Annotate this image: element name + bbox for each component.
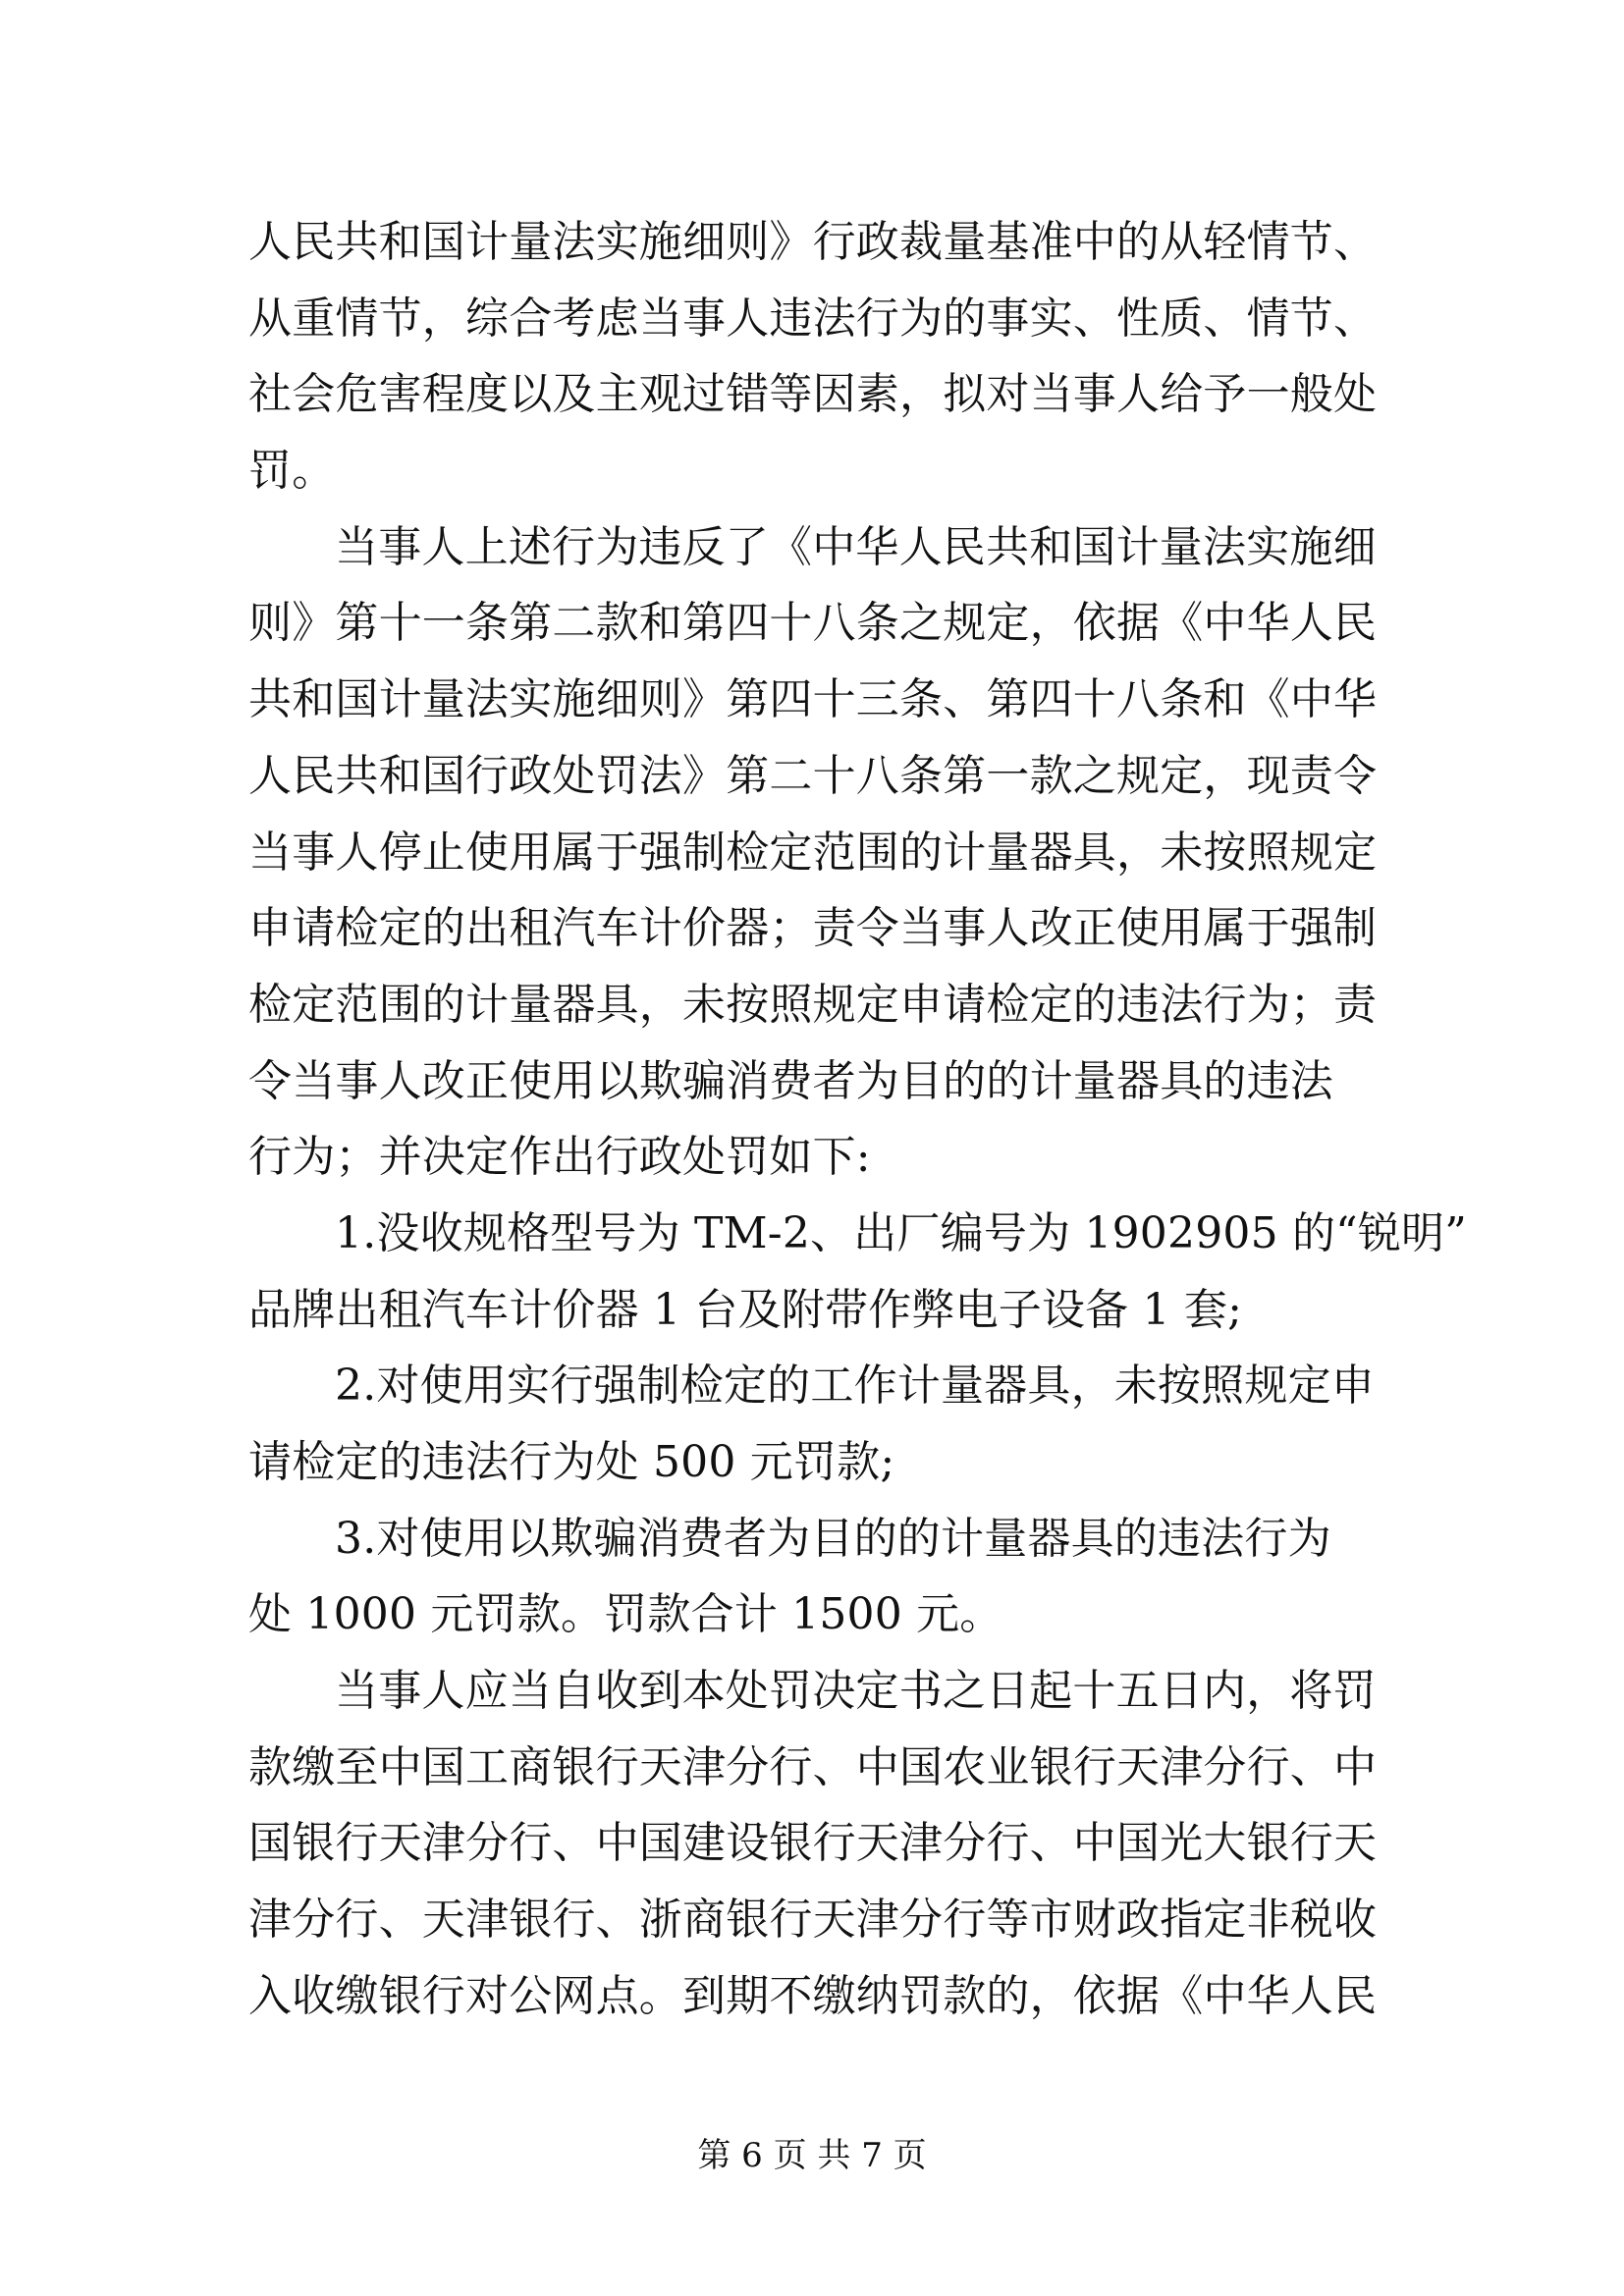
text-line: 人民共和国行政处罚法》第二十八条第一款之规定，现责令 xyxy=(248,738,1387,815)
penalty-item-2: 2.对使用实行强制检定的工作计量器具，未按照规定申 xyxy=(248,1348,1387,1424)
penalty-item-3: 3.对使用以欺骗消费者为目的的计量器具的违法行为 xyxy=(248,1501,1387,1577)
text-line: 当事人停止使用属于强制检定范围的计量器具，未按照规定 xyxy=(248,815,1387,891)
document-page: 人民共和国计量法实施细则》行政裁量基准中的从轻情节、 从重情节，综合考虑当事人违… xyxy=(0,0,1624,2296)
text-line: 检定范围的计量器具，未按照规定申请检定的违法行为；责 xyxy=(248,967,1387,1043)
text-line: 令当事人改正使用以欺骗消费者为目的的计量器具的违法 xyxy=(248,1043,1387,1120)
text-line: 入收缴银行对公网点。到期不缴纳罚款的，依据《中华人民 xyxy=(248,1958,1387,2035)
page-number: 第 6 页 共 7 页 xyxy=(0,2132,1624,2179)
text-line: 款缴至中国工商银行天津分行、中国农业银行天津分行、中 xyxy=(248,1730,1387,1806)
text-line: 品牌出租汽车计价器 1 台及附带作弊电子设备 1 套; xyxy=(248,1272,1387,1349)
text-line: 从重情节，综合考虑当事人违法行为的事实、性质、情节、 xyxy=(248,281,1387,357)
penalty-item-1: 1.没收规格型号为 TM-2、出厂编号为 1902905 的“锐明” xyxy=(248,1196,1387,1272)
text-line: 行为；并决定作出行政处罚如下: xyxy=(248,1119,1387,1196)
text-line: 申请检定的出租汽车计价器；责令当事人改正使用属于强制 xyxy=(248,890,1387,967)
text-line: 处 1000 元罚款。罚款合计 1500 元。 xyxy=(248,1576,1387,1653)
document-body: 人民共和国计量法实施细则》行政裁量基准中的从轻情节、 从重情节，综合考虑当事人违… xyxy=(248,204,1387,2035)
text-line: 国银行天津分行、中国建设银行天津分行、中国光大银行天 xyxy=(248,1805,1387,1882)
text-line: 请检定的违法行为处 500 元罚款; xyxy=(248,1424,1387,1501)
text-line: 当事人上述行为违反了《中华人民共和国计量法实施细 xyxy=(248,509,1387,586)
text-line: 共和国计量法实施细则》第四十三条、第四十八条和《中华 xyxy=(248,662,1387,738)
text-line: 当事人应当自收到本处罚决定书之日起十五日内，将罚 xyxy=(248,1653,1387,1730)
text-line: 津分行、天津银行、浙商银行天津分行等市财政指定非税收 xyxy=(248,1882,1387,1958)
text-line: 人民共和国计量法实施细则》行政裁量基准中的从轻情节、 xyxy=(248,204,1387,281)
text-line: 社会危害程度以及主观过错等因素，拟对当事人给予一般处 xyxy=(248,356,1387,433)
text-line: 罚。 xyxy=(248,433,1387,509)
text-line: 则》第十一条第二款和第四十八条之规定，依据《中华人民 xyxy=(248,585,1387,662)
